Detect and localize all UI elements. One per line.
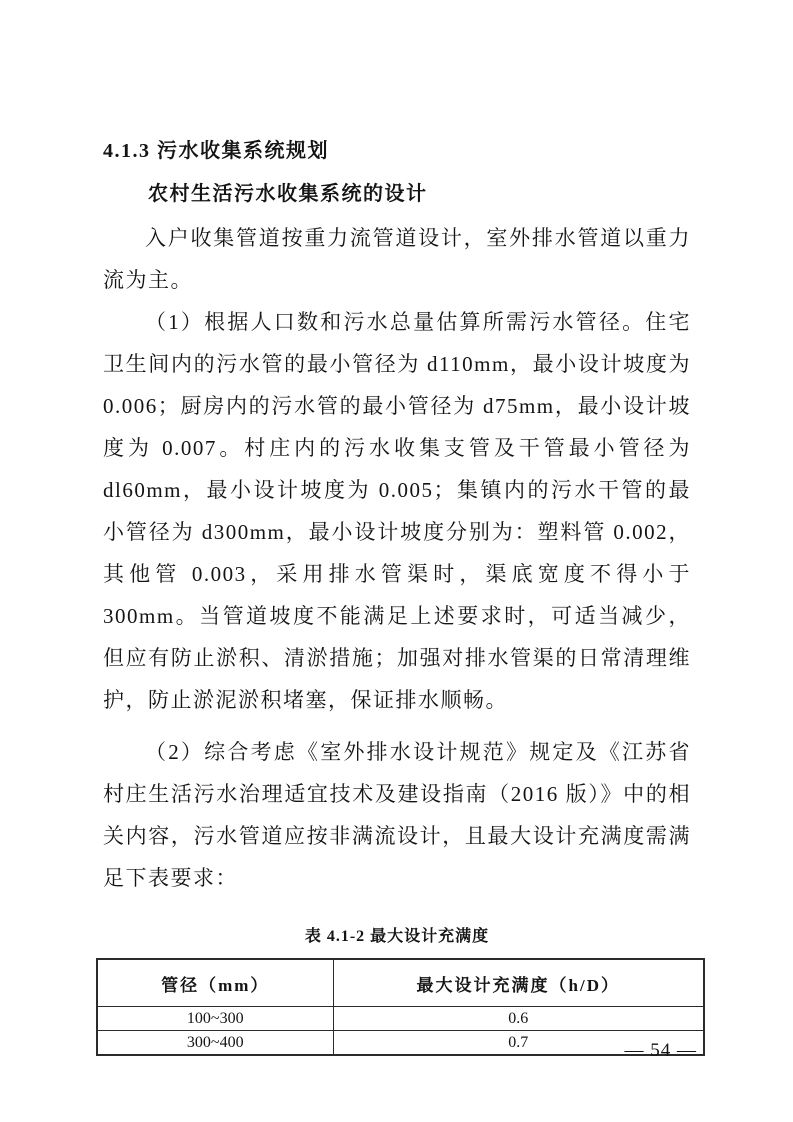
page-number: — 54 — [625, 1040, 698, 1062]
table-row: 100~300 0.6 [97, 1007, 704, 1031]
paragraph-item-2: （2）综合考虑《室外排水设计规范》规定及《江苏省村庄生活污水治理适宜技术及建设指… [103, 731, 691, 899]
page-content: 4.1.3 污水收集系统规划 农村生活污水收集系统的设计 入户收集管道按重力流管… [103, 0, 691, 1056]
table-cell-fill: 0.6 [333, 1007, 704, 1031]
table-header-max-fill: 最大设计充满度（h/D） [333, 959, 704, 1007]
table-cell-diameter: 300~400 [97, 1031, 333, 1056]
table-cell-diameter: 100~300 [97, 1007, 333, 1031]
table-caption: 表 4.1-2 最大设计充满度 [103, 923, 691, 946]
max-fill-table: 管径（mm） 最大设计充满度（h/D） 100~300 0.6 300~400 … [96, 958, 705, 1056]
paragraph-intro: 入户收集管道按重力流管道设计，室外排水管道以重力流为主。 [103, 217, 691, 301]
table-row: 300~400 0.7 [97, 1031, 704, 1056]
table-header-pipe-diameter: 管径（mm） [97, 959, 333, 1007]
table-header-row: 管径（mm） 最大设计充满度（h/D） [97, 959, 704, 1007]
document-page: 4.1.3 污水收集系统规划 农村生活污水收集系统的设计 入户收集管道按重力流管… [0, 0, 793, 1122]
section-heading: 4.1.3 污水收集系统规划 [103, 138, 691, 164]
paragraph-item-1: （1）根据人口数和污水总量估算所需污水管径。住宅卫生间内的污水管的最小管径为 d… [103, 301, 691, 721]
sub-heading: 农村生活污水收集系统的设计 [103, 181, 691, 207]
